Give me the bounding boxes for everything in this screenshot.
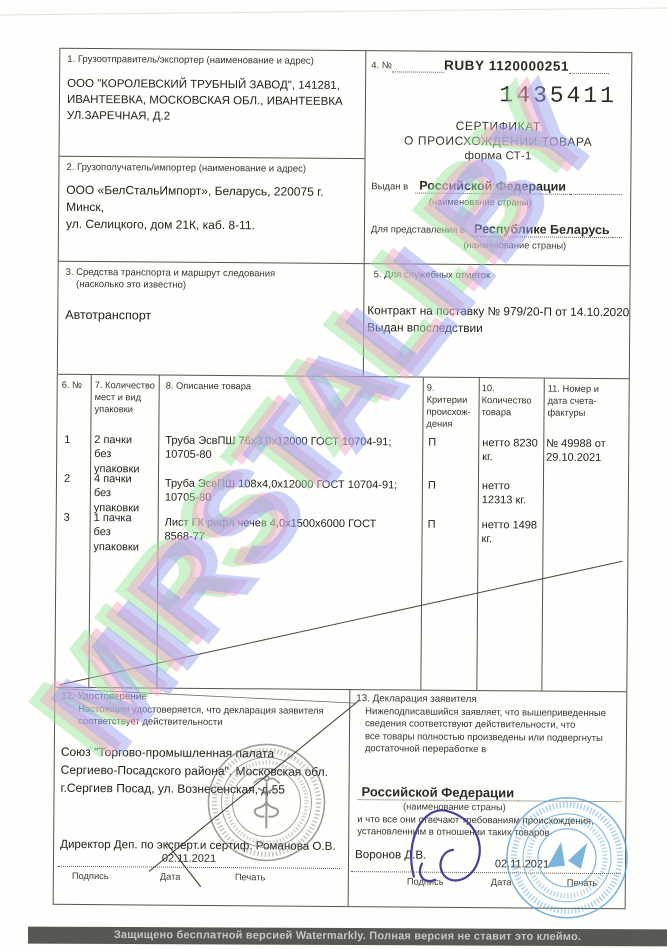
- cancel-line: [59, 557, 622, 689]
- header-packages: 7. Количество мест и вид упаковки: [94, 379, 156, 416]
- presented-in-value: Республике Беларусь: [471, 222, 613, 238]
- section-12-label: 12. Удостоверение: [61, 691, 147, 704]
- header-no: 6. №: [62, 379, 90, 391]
- certificate-scan-page: 1. Грузоотправитель/экспортер (наименова…: [0, 0, 667, 949]
- section-2-value: ООО «БелСтальИмпорт», Беларусь, 220075 г…: [66, 182, 360, 235]
- table-row-3-criteria: П: [428, 518, 436, 532]
- issued-in-value: Российской Федерации: [415, 179, 570, 195]
- table-row-3-no: 3: [64, 511, 70, 525]
- section-5-label: 5. Для служебных отметок: [374, 269, 491, 282]
- table-row-3-invoice: [546, 519, 626, 520]
- date-label: Дата: [160, 872, 181, 882]
- origin-country-value: Российской Федерации: [357, 784, 518, 801]
- dotted-fill: [570, 183, 622, 195]
- caduceus-icon: [253, 776, 279, 828]
- dotted-fill: [613, 226, 622, 238]
- table-row-1-packages: 2 пачки без упаковки: [94, 433, 156, 476]
- blank-series-number: RUBY 1120000251: [444, 58, 569, 74]
- section-3-value: Автотранспорт: [65, 307, 151, 325]
- section-3-label: 3. Средства транспорта и маршрут следова…: [65, 267, 357, 294]
- dotted-fill: [569, 62, 609, 74]
- table-row-3-description: Лист ГК рифл чечев 4,0х1500х6000 ГОСТ 85…: [164, 516, 416, 547]
- table-row-2-quantity: нетто 12313 кг.: [482, 479, 542, 508]
- section-1-consignor: 1. Грузоотправитель/экспортер (наименова…: [60, 49, 367, 159]
- section-13-statement: Нижеподписавшийся заявляет, что вышеприв…: [365, 706, 624, 757]
- presented-in-hint: (наименование страны): [445, 240, 585, 251]
- table-gridline: [88, 375, 91, 687]
- stamp-label: Печать: [235, 872, 266, 882]
- chamber-stamp: [204, 740, 329, 865]
- table-gridline: [476, 378, 479, 690]
- header-invoice: 11. Номер и дата счета- фактуры: [547, 383, 625, 420]
- section-3-transport: 3. Средства транспорта и маршрут следова…: [58, 262, 365, 377]
- table-row-1-criteria: П: [428, 436, 436, 450]
- section-4-certificate-head: 4. № RUBY 1120000251 1435411 СЕРТИФИКАТ …: [365, 51, 632, 266]
- table-row-2-packages: 4 пачки без упаковки: [94, 472, 156, 515]
- scan-edge-line: [0, 8, 667, 16]
- table-gridline: [541, 379, 544, 691]
- table-row-2-no: 2: [64, 472, 70, 486]
- table-row-3-packages: 1 пачка без упаковки: [93, 511, 155, 554]
- certificate-title: СЕРТИФИКАТ О ПРОИСХОЖДЕНИИ ТОВАРА форма …: [365, 118, 630, 164]
- header-description: 8. Описание товара: [166, 380, 366, 394]
- company-stamp: [502, 792, 633, 923]
- certificate-form: 1. Грузоотправитель/экспортер (наименова…: [53, 48, 633, 909]
- presented-in-label: Для представления в: [371, 224, 465, 237]
- table-row-1-quantity: нетто 8230 кг.: [482, 436, 542, 465]
- table-row-3-quantity: нетто 1498 кг.: [481, 518, 541, 547]
- issued-in-hint: (наименование страны): [410, 197, 550, 208]
- issued-in-row: Выдан в Российской Федерации: [371, 178, 622, 195]
- certificate-number-row: 4. № RUBY 1120000251: [371, 57, 623, 74]
- table-row-2-description: Труба ЭсвПШ 108х4,0х12000 ГОСТ 10704-91;…: [165, 477, 417, 508]
- watermarkly-footer-text: Защищено бесплатной версией Watermarkly.…: [114, 929, 581, 943]
- company-logo-icon: [547, 842, 587, 869]
- table-row-2-criteria: П: [428, 479, 436, 493]
- dotted-fill: [392, 60, 444, 72]
- table-row-2-invoice: [546, 480, 626, 481]
- issued-in-label: Выдан в: [371, 181, 408, 194]
- presented-in-row: Для представления в Республике Беларусь: [371, 221, 622, 238]
- section-1-label: 1. Грузоотправитель/экспортер (наименова…: [67, 54, 359, 69]
- table-row-1-description: Труба ЭсвПШ 76х3,0х12000 ГОСТ 10704-91; …: [165, 434, 417, 465]
- table-gridline: [420, 378, 423, 690]
- header-quantity: 10. Количество товара: [481, 382, 543, 419]
- section-1-value: ООО "КОРОЛЕВСКИЙ ТРУБНЫЙ ЗАВОД", 141281,…: [67, 76, 361, 127]
- sign-label: Подпись: [72, 871, 109, 881]
- number-label: 4. №: [371, 60, 392, 73]
- section-5-official-marks: 5. Для служебных отметок Контракт на пос…: [364, 264, 630, 379]
- sign-label: Подпись: [407, 877, 444, 887]
- section-13-label: 13. Декларация заявителя: [356, 693, 477, 707]
- table-row-1-no: 1: [64, 433, 70, 447]
- certificate-serial-number: 1435411: [499, 82, 617, 109]
- section-12-statement: Настоящим удостоверяется, что декларация…: [78, 704, 347, 731]
- title-line-3: форма СТ-1: [365, 148, 630, 164]
- header-criteria: 9. Критерии происхож- дения: [426, 382, 476, 431]
- section-5-value: Контракт на поставку № 979/20-П от 14.10…: [367, 302, 629, 337]
- section-2-label: 2. Грузополучатель/импортер (наименовани…: [66, 162, 358, 177]
- table-gridline: [156, 376, 159, 688]
- watermarkly-footer: Защищено бесплатной версией Watermarkly.…: [28, 927, 667, 947]
- title-line-2: О ПРОИСХОЖДЕНИИ ТОВАРА: [366, 133, 631, 150]
- table-row-1-invoice: № 49988 от 29.10.2021: [546, 437, 626, 466]
- section-2-consignee: 2. Грузополучатель/импортер (наименовани…: [59, 157, 366, 264]
